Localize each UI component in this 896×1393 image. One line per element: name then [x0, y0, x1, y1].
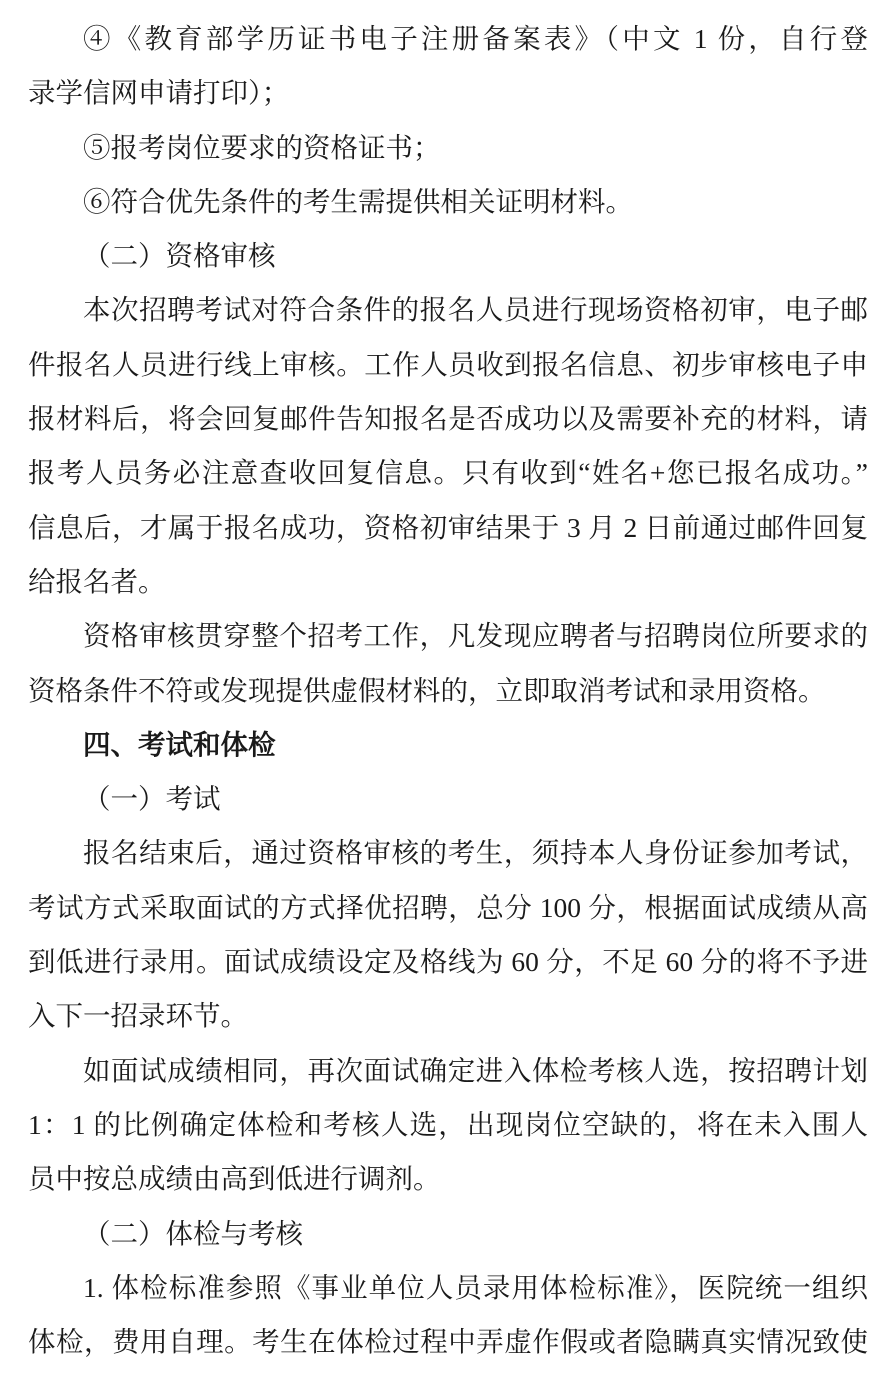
text-line: 录学信网申请打印）；	[28, 66, 868, 120]
text-line: 资格审核贯穿整个招考工作，凡发现应聘者与招聘岗位所要求的	[28, 609, 868, 663]
text-line: 报考人员务必注意查收回复信息。只有收到“姓名+您已报名成功。”	[28, 446, 868, 500]
paragraph: ⑤报考岗位要求的资格证书；	[28, 121, 868, 175]
text-line: 入下一招录环节。	[28, 989, 868, 1043]
paragraph: 1. 体检标准参照《事业单位人员录用体检标准》，医院统一组织体检，费用自理。考生…	[28, 1261, 868, 1370]
text-line: 四、考试和体检	[28, 718, 868, 772]
text-line: 给报名者。	[28, 555, 868, 609]
text-line: 考试方式采取面试的方式择优招聘，总分 100 分，根据面试成绩从高	[28, 881, 868, 935]
text-line: 信息后，才属于报名成功，资格初审结果于 3 月 2 日前通过邮件回复	[28, 501, 868, 555]
text-line: （一）考试	[28, 772, 868, 826]
paragraph: （二）体检与考核	[28, 1207, 868, 1261]
text-line: 报名结束后，通过资格审核的考生，须持本人身份证参加考试，	[28, 826, 868, 880]
paragraph: 本次招聘考试对符合条件的报名人员进行现场资格初审，电子邮件报名人员进行线上审核。…	[28, 283, 868, 609]
text-line: 1：1 的比例确定体检和考核人选，出现岗位空缺的，将在未入围人	[28, 1098, 868, 1152]
text-line: ⑤报考岗位要求的资格证书；	[28, 121, 868, 175]
text-line: ④《教育部学历证书电子注册备案表》（中文 1 份，自行登	[28, 12, 868, 66]
text-line: 1. 体检标准参照《事业单位人员录用体检标准》，医院统一组织	[28, 1261, 868, 1315]
text-line: （二）体检与考核	[28, 1207, 868, 1261]
document-page: ④《教育部学历证书电子注册备案表》（中文 1 份，自行登录学信网申请打印）；⑤报…	[0, 0, 896, 1393]
paragraph: 如面试成绩相同，再次面试确定进入体检考核人选，按招聘计划1：1 的比例确定体检和…	[28, 1044, 868, 1207]
text-line: 本次招聘考试对符合条件的报名人员进行现场资格初审，电子邮	[28, 283, 868, 337]
paragraph: 资格审核贯穿整个招考工作，凡发现应聘者与招聘岗位所要求的资格条件不符或发现提供虚…	[28, 609, 868, 718]
section-heading: 四、考试和体检	[28, 718, 868, 772]
text-line: 件报名人员进行线上审核。工作人员收到报名信息、初步审核电子申	[28, 338, 868, 392]
text-line: 到低进行录用。面试成绩设定及格线为 60 分，不足 60 分的将不予进	[28, 935, 868, 989]
paragraph: ⑥符合优先条件的考生需提供相关证明材料。	[28, 175, 868, 229]
paragraph: ④《教育部学历证书电子注册备案表》（中文 1 份，自行登录学信网申请打印）；	[28, 12, 868, 121]
text-line: 报材料后，将会回复邮件告知报名是否成功以及需要补充的材料，请	[28, 392, 868, 446]
paragraph: （二）资格审核	[28, 229, 868, 283]
text-line: 体检，费用自理。考生在体检过程中弄虚作假或者隐瞒真实情况致使	[28, 1315, 868, 1369]
paragraph: 报名结束后，通过资格审核的考生，须持本人身份证参加考试，考试方式采取面试的方式择…	[28, 826, 868, 1043]
text-line: 如面试成绩相同，再次面试确定进入体检考核人选，按招聘计划	[28, 1044, 868, 1098]
text-line: （二）资格审核	[28, 229, 868, 283]
text-line: ⑥符合优先条件的考生需提供相关证明材料。	[28, 175, 868, 229]
text-line: 员中按总成绩由高到低进行调剂。	[28, 1152, 868, 1206]
text-line: 资格条件不符或发现提供虚假材料的，立即取消考试和录用资格。	[28, 664, 868, 718]
paragraph: （一）考试	[28, 772, 868, 826]
